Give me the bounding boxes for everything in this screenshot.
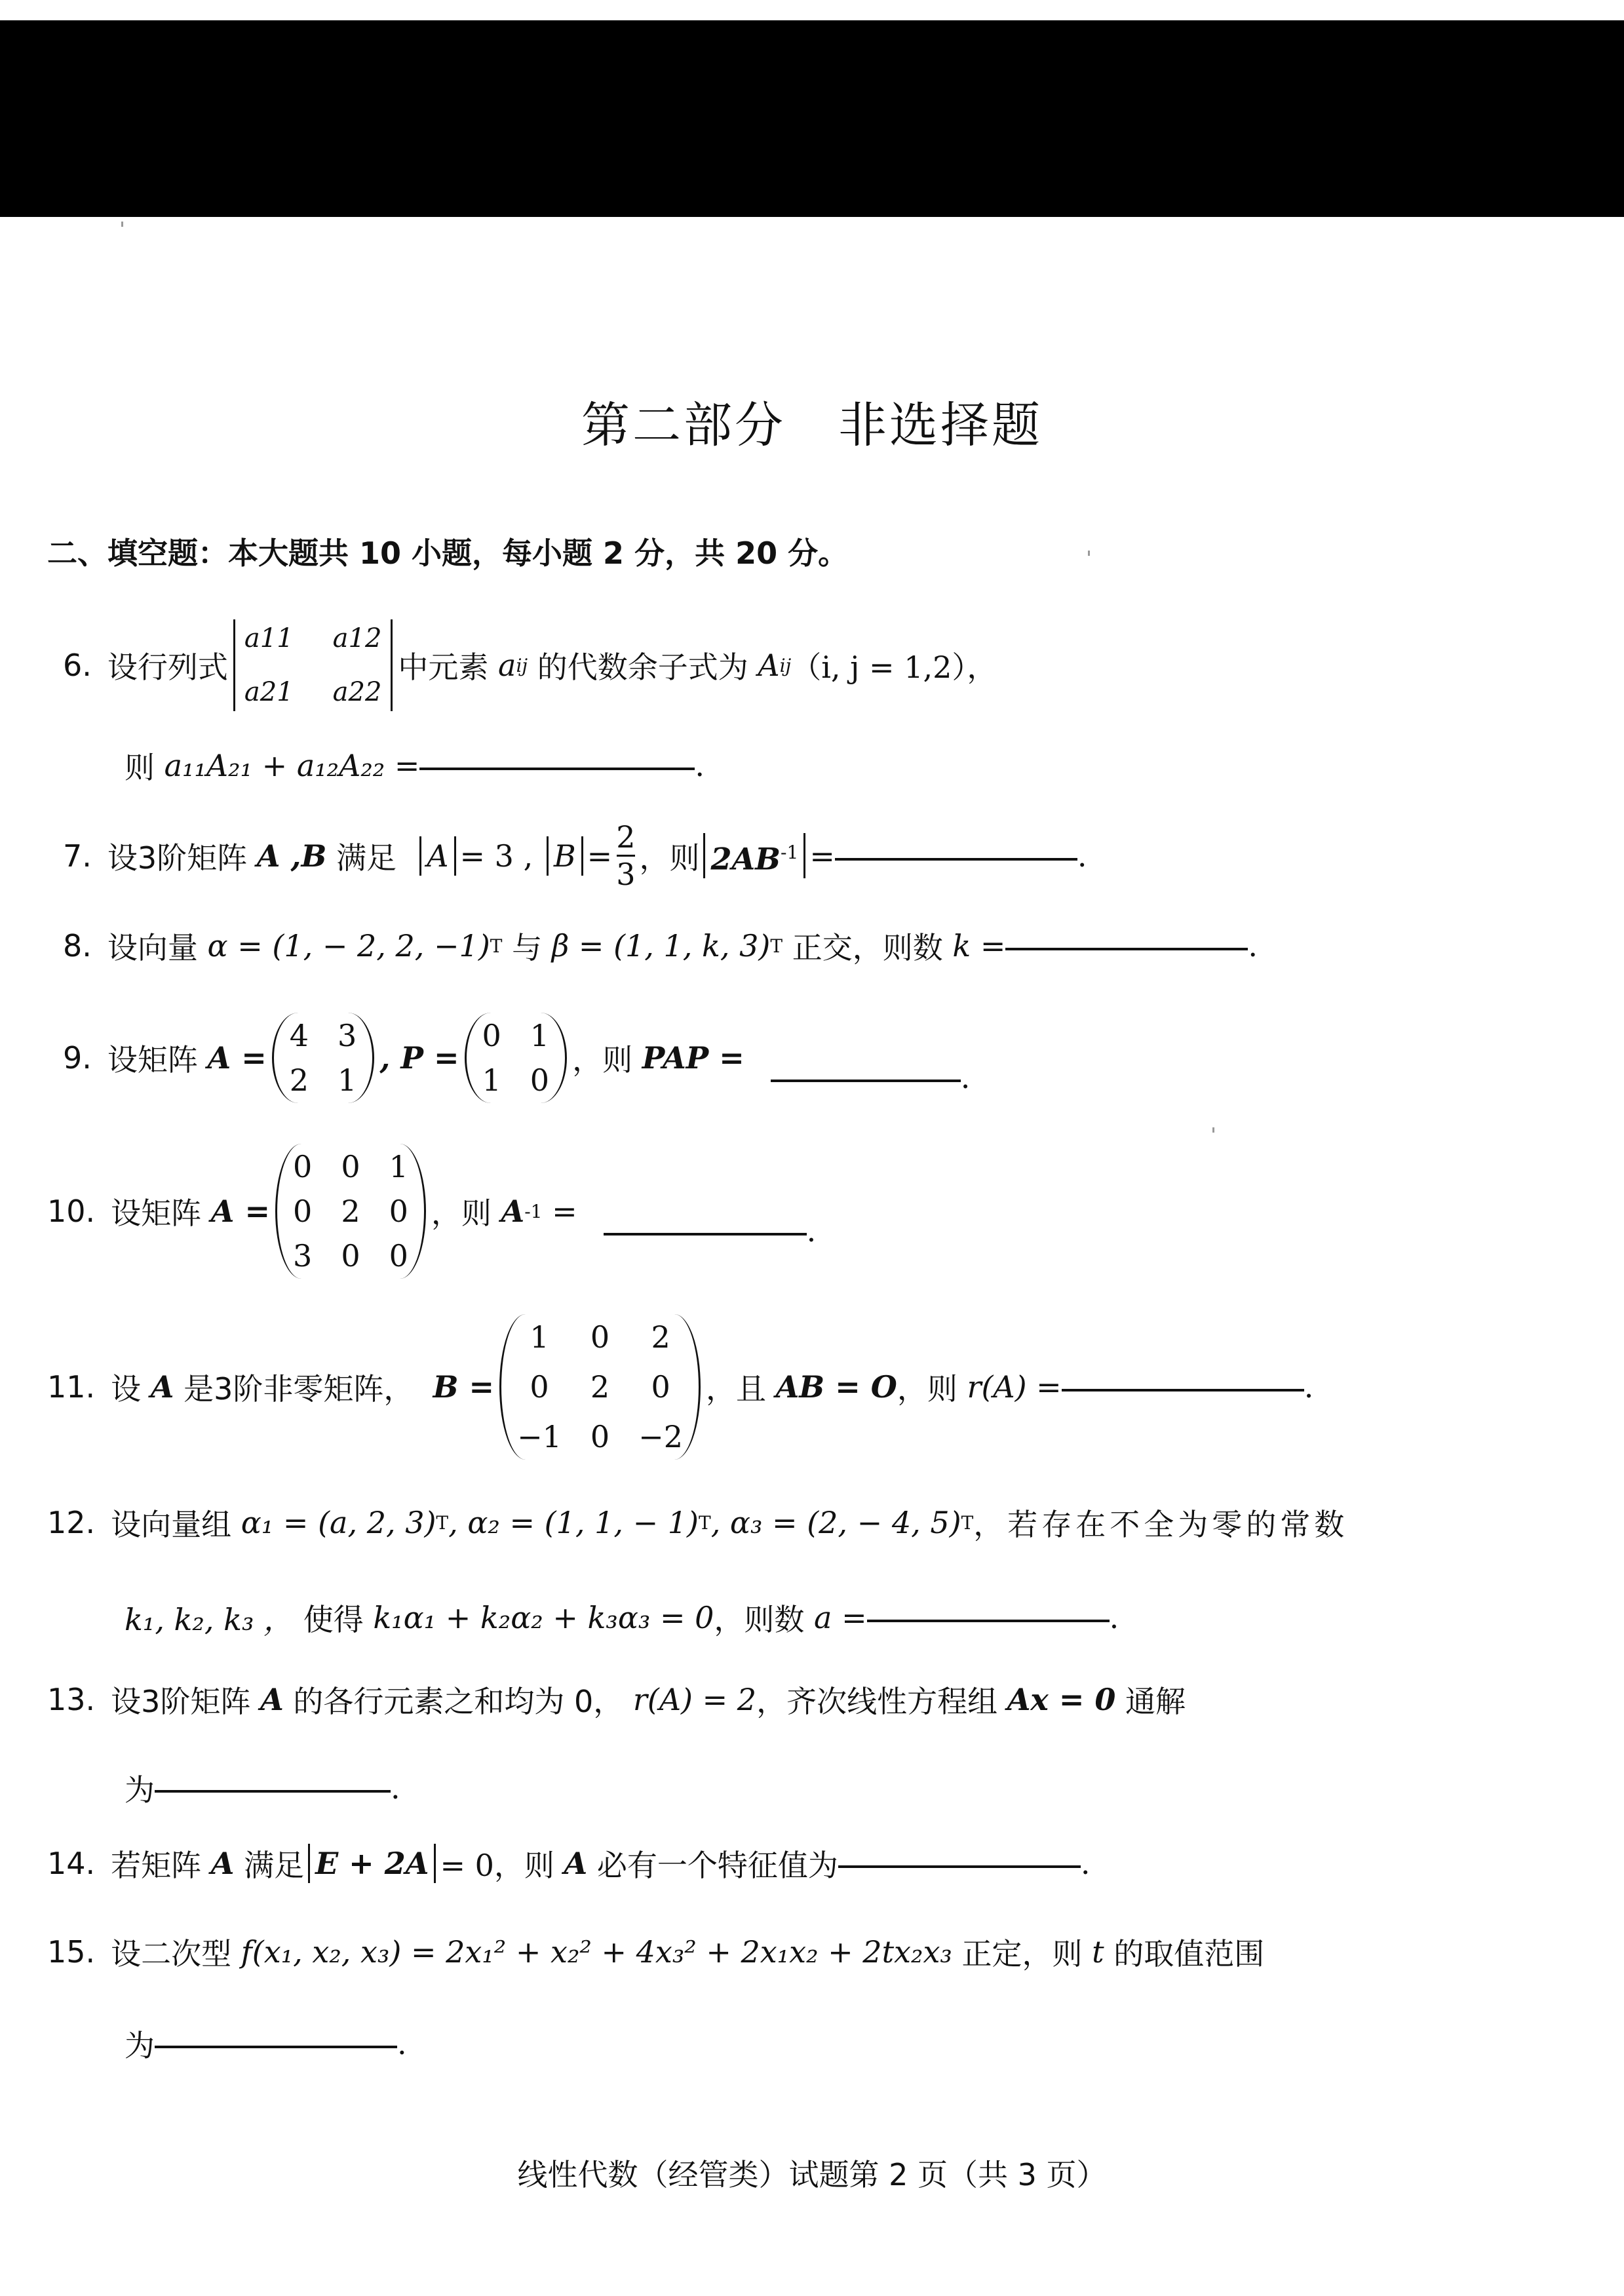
section-heading: 二、填空题：本大题共 10 小题，每小题 2 分，共 20 分。 [47, 530, 848, 573]
answer-blank-12[interactable] [867, 1613, 1110, 1622]
determinant: a11a12 a21a22 [233, 619, 393, 711]
matrix-A: 43 21 [272, 1013, 375, 1103]
answer-blank-9[interactable] [771, 1073, 961, 1082]
question-13: 13. 设3阶矩阵 A 的各行元素之和均为 0， r(A) = 2 ，齐次线性方… [47, 1678, 1186, 1721]
answer-blank-6[interactable] [419, 761, 695, 770]
question-7: 7. 设3阶矩阵 A ,B 满足 A = 3 , B = 23 ，则 2AB-1… [63, 819, 1087, 892]
redaction-bar [0, 20, 1624, 217]
question-10: 10. 设矩阵 A = 001 020 300 ，则 A-1 = . [47, 1144, 816, 1279]
question-6: 6. 设行列式 a11a12 a21a22 中元素 aij 的代数余子式为 Ai… [63, 619, 997, 711]
question-15: 15. 设二次型 f(x₁, x₂, x₃) = 2x₁² + x₂² + 4x… [47, 1930, 1264, 1974]
title-name: 非选择题 [838, 397, 1043, 454]
fraction: 23 [616, 819, 635, 892]
question-14: 14. 若矩阵 A 满足 E + 2A = 0，则 A 必有一个特征值为 . [47, 1842, 1090, 1885]
answer-blank-8[interactable] [1005, 941, 1248, 950]
answer-blank-13[interactable] [155, 1783, 391, 1793]
question-15-line2: 为 . [125, 2022, 407, 2065]
question-6-line2: 则 a₁₁A₂₁ + a₁₂A₂₂ = . [125, 744, 705, 787]
matrix-B: 102 020 −10−2 [499, 1314, 701, 1460]
matrix-P: 01 10 [465, 1013, 568, 1103]
answer-blank-14[interactable] [838, 1859, 1081, 1868]
question-12: 12. 设向量组 α₁ = (a, 2, 3)T , α₂ = (1, 1, −… [47, 1501, 1348, 1544]
answer-blank-7[interactable] [835, 851, 1077, 861]
page-title: 第二部分非选择题 [0, 387, 1624, 456]
question-11: 11. 设 A 是3阶非零矩阵， B = 102 020 −10−2 ，且 AB… [47, 1314, 1313, 1460]
answer-blank-11[interactable] [1062, 1382, 1304, 1391]
title-part: 第二部分 [581, 397, 786, 454]
scan-speck [1088, 551, 1090, 556]
question-8: 8. 设向量 α = (1, − 2, 2, −1)T 与 β = (1, 1,… [63, 924, 1258, 967]
question-12-line2: k₁, k₂, k₃ ， 使得 k₁α₁ + k₂α₂ + k₃α₃ = 0 ，… [125, 1596, 1119, 1639]
scan-speck [121, 222, 123, 227]
page-footer: 线性代数（经管类）试题第 2 页（共 3 页） [0, 2151, 1624, 2194]
question-9: 9. 设矩阵 A = 43 21 , P = 01 10 ，则 PAP = . [63, 1013, 970, 1103]
answer-blank-15[interactable] [155, 2039, 397, 2048]
answer-blank-10[interactable] [604, 1226, 807, 1236]
question-13-line2: 为 . [125, 1766, 400, 1810]
scan-speck [1212, 1127, 1214, 1133]
matrix-A: 001 020 300 [275, 1144, 426, 1279]
